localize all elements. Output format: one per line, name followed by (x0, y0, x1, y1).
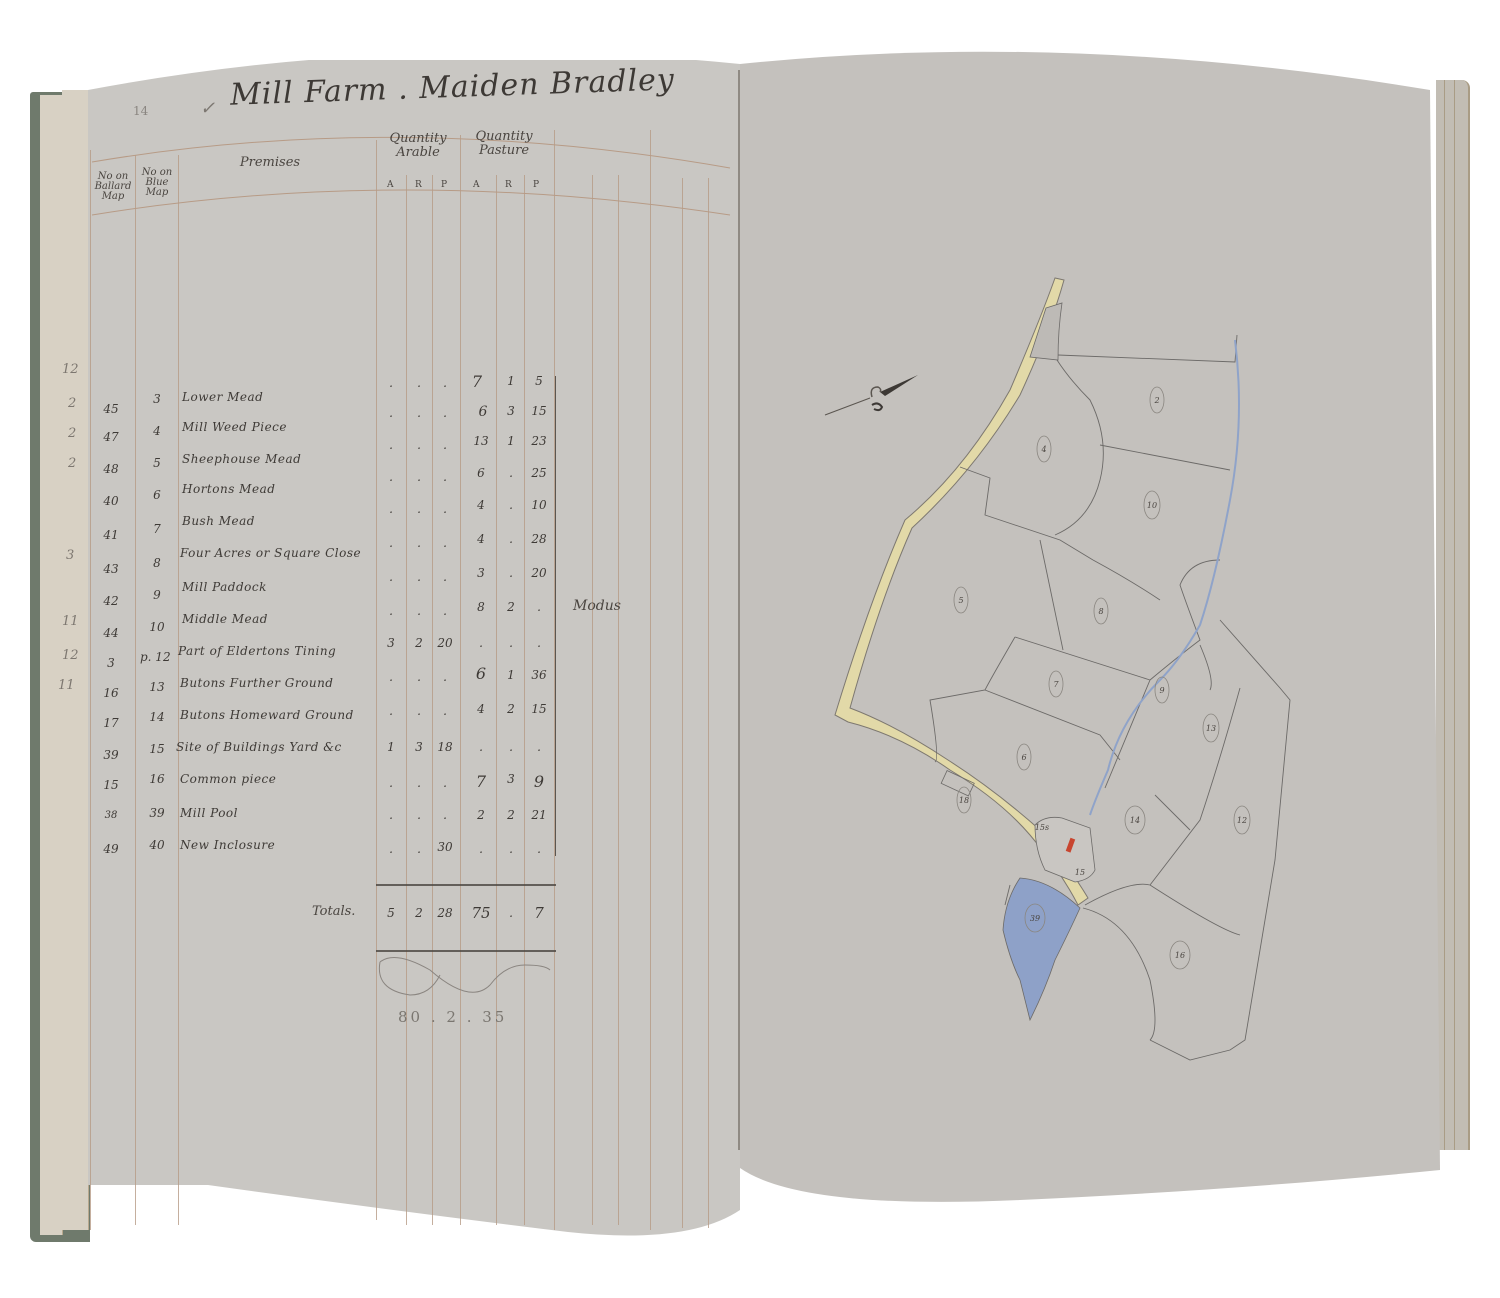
svg-text:39: 39 (1030, 914, 1040, 923)
road (835, 278, 1088, 905)
svg-text:13: 13 (1206, 724, 1216, 733)
svg-text:14: 14 (1130, 816, 1140, 825)
svg-text:2: 2 (1153, 396, 1159, 405)
svg-text:18: 18 (959, 796, 969, 805)
svg-text:4: 4 (1040, 445, 1046, 454)
svg-text:8: 8 (1098, 607, 1103, 616)
svg-text:16: 16 (1175, 951, 1185, 960)
stream (1090, 340, 1239, 815)
parcel-numbers: 2 4 10 5 8 7 9 6 13 18 15s 15 14 12 39 1… (958, 396, 1247, 960)
mill-pool (1003, 878, 1080, 1020)
svg-text:6: 6 (1021, 753, 1026, 762)
estate-map: 2 4 10 5 8 7 9 6 13 18 15s 15 14 12 39 1… (0, 0, 1500, 1298)
svg-text:12: 12 (1237, 816, 1247, 825)
parcel-ovals (954, 387, 1250, 969)
svg-text:7: 7 (1053, 680, 1059, 689)
svg-text:5: 5 (958, 596, 963, 605)
svg-text:15s: 15s (1035, 823, 1049, 832)
north-arrow-icon (825, 375, 918, 415)
svg-text:9: 9 (1159, 686, 1164, 695)
svg-text:15: 15 (1075, 868, 1085, 877)
svg-text:10: 10 (1147, 501, 1157, 510)
